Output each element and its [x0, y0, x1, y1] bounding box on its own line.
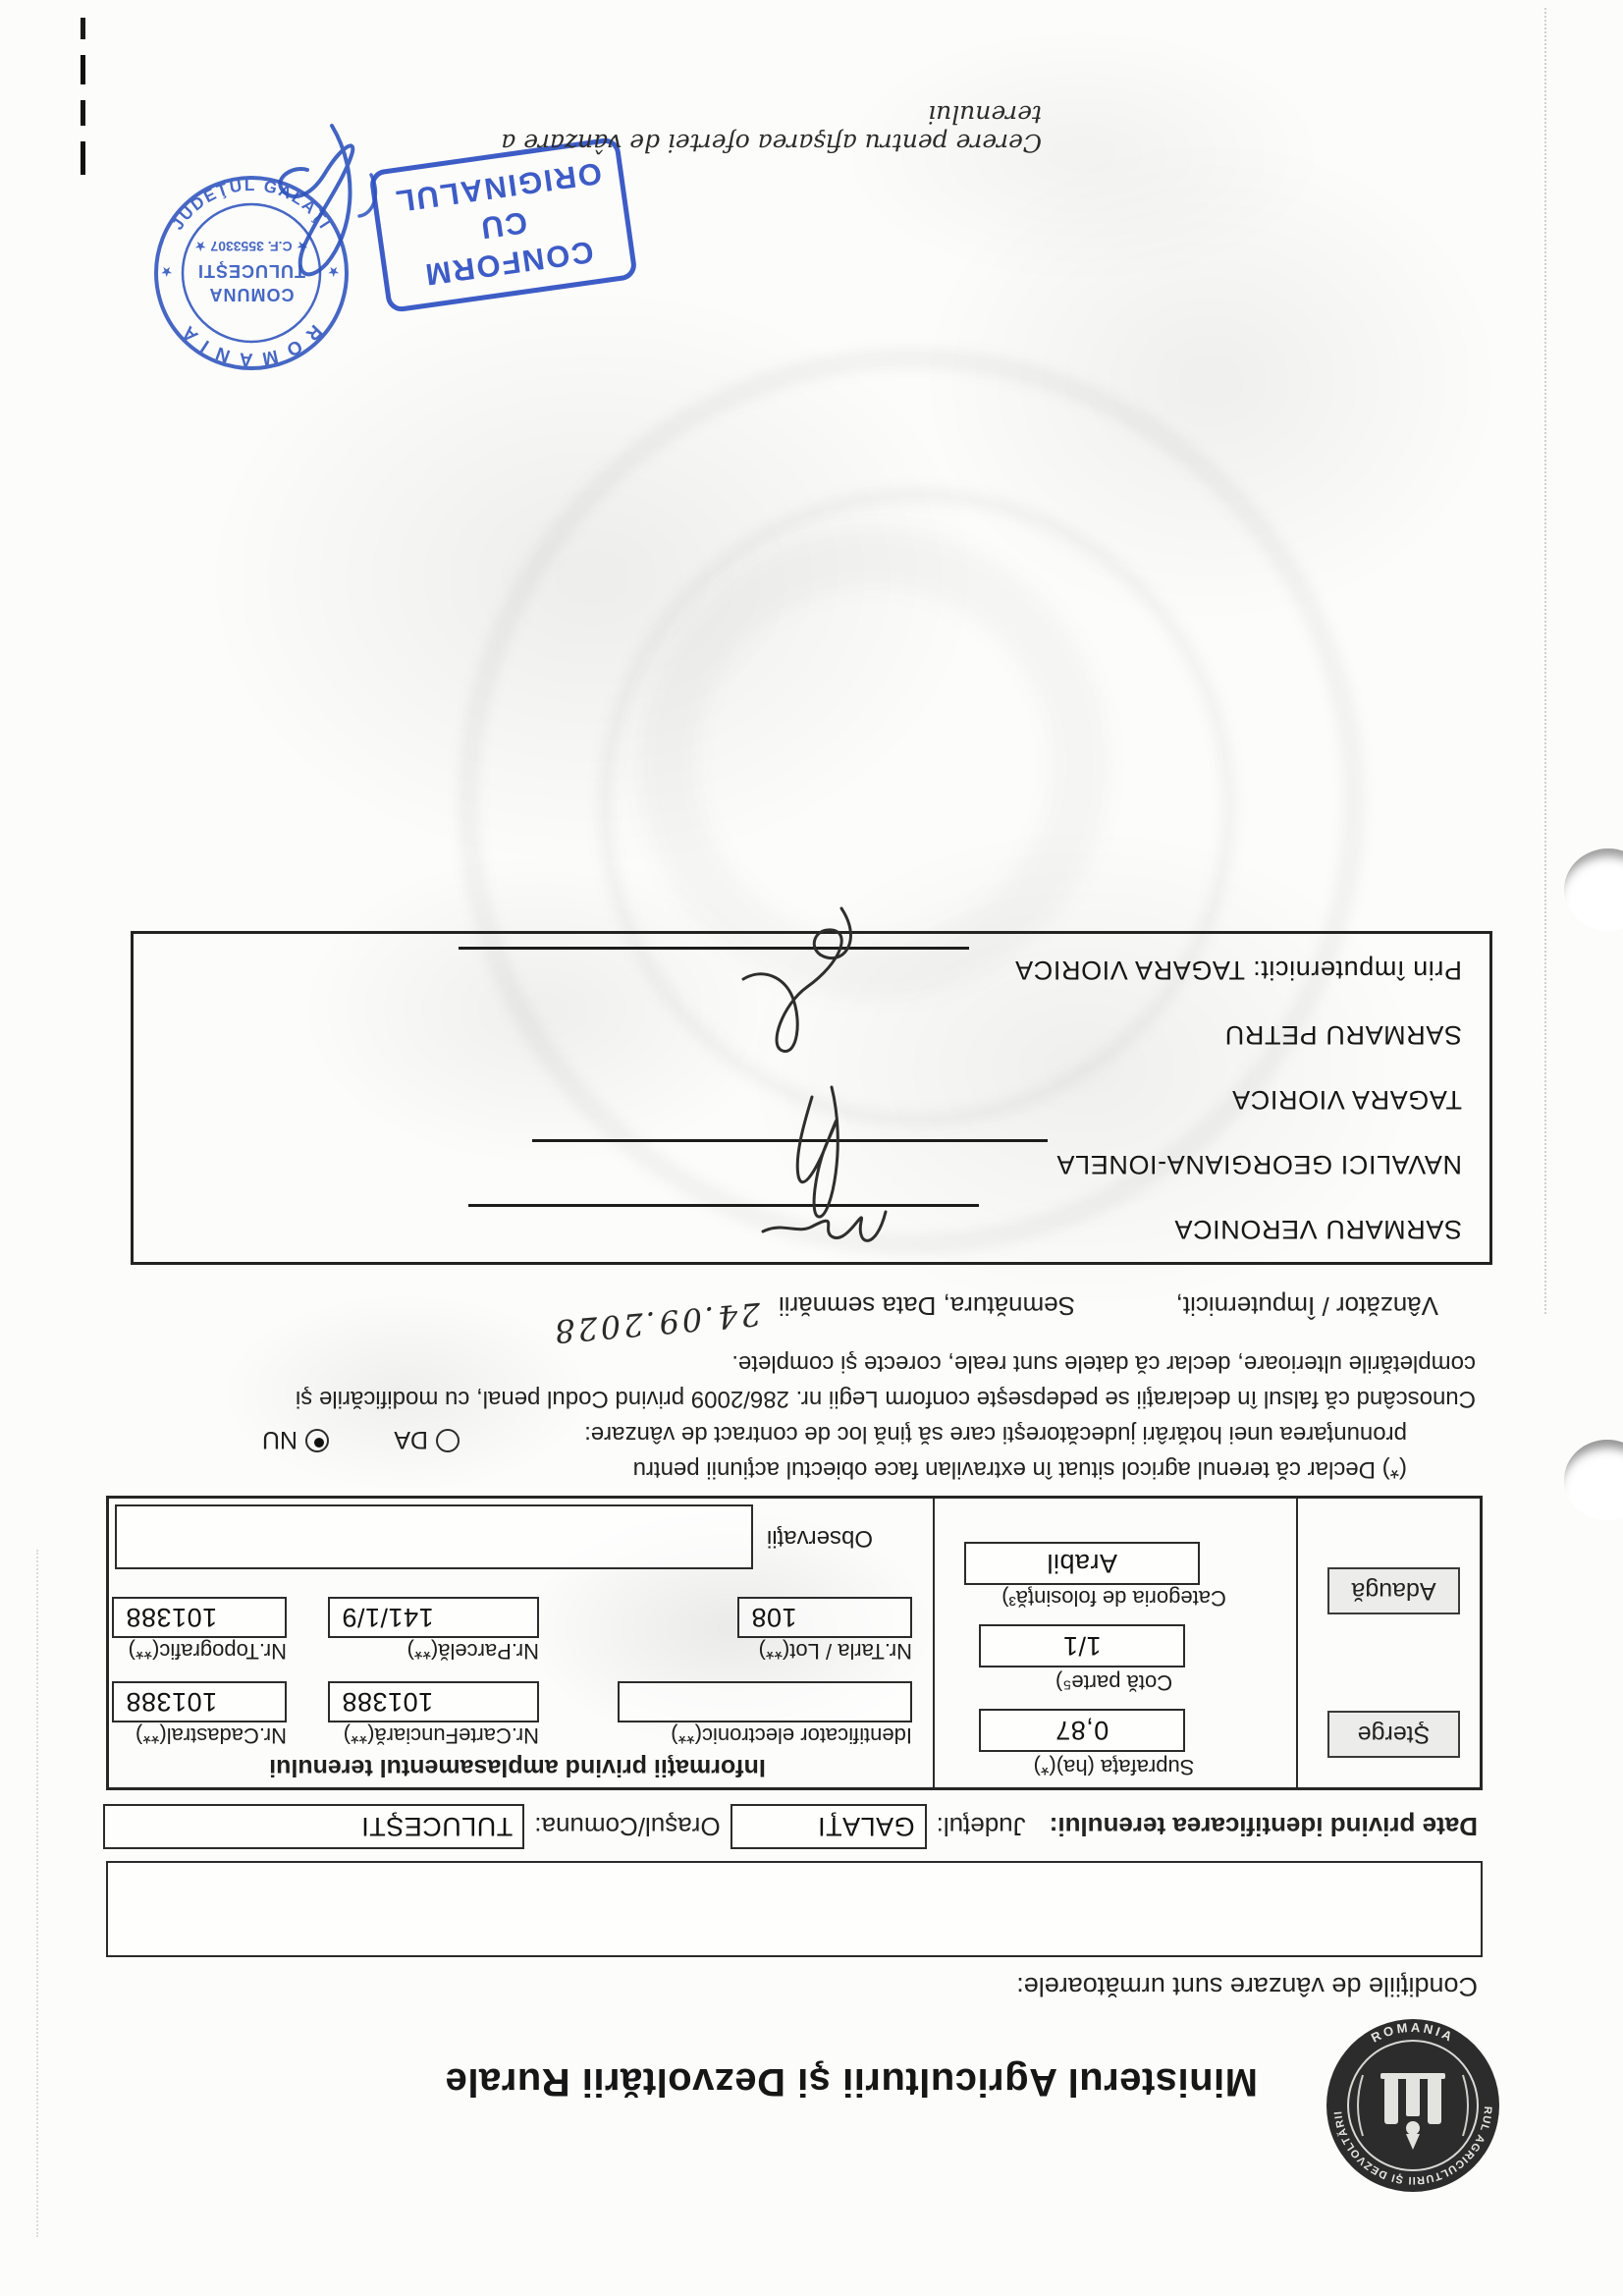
judet-label: Judeţul: — [937, 1812, 1026, 1842]
add-row-button: Adaugă — [1327, 1567, 1460, 1614]
conditions-label: Condiţiile de vânzare sunt următoarele: — [1016, 1971, 1478, 2001]
cota-label: Cotă parte⁵) — [940, 1669, 1288, 1695]
document-sheet: MINISTERUL AGRICULTURII ŞI DEZVOLTĂRII R… — [0, 0, 1623, 2296]
table-divider — [1296, 1499, 1298, 1787]
cadastral-label: Nr.Cadastral(**) — [135, 1722, 287, 1748]
scan-edge-line — [1544, 8, 1546, 1314]
parcela-field: 141/1/9 — [328, 1597, 539, 1638]
land-id-label: Date privind identificarea terenului: — [1050, 1812, 1478, 1842]
radio-nu-option: NU — [262, 1425, 329, 1453]
suprafata-label: Suprafaţa (ha)(*) — [940, 1754, 1288, 1779]
carte-funciara-label: Nr.CarteFunciară(**) — [344, 1722, 539, 1748]
categoria-field: Arabil — [964, 1542, 1200, 1585]
judet-field: GALAŢI — [730, 1804, 927, 1849]
signers-box: SARMARU VERONICA NAVALICI GEORGIANA-IONE… — [131, 931, 1492, 1265]
oath-line2: completările ulterioare, declar că datel… — [731, 1349, 1476, 1377]
radio-da-label: DA — [394, 1426, 428, 1453]
amplasament-header: Informaţii privind amplasamentul terenul… — [110, 1753, 925, 1781]
oras-field: TULUCEŞTI — [103, 1804, 524, 1849]
ministry-seal-logo: MINISTERUL AGRICULTURII ŞI DEZVOLTĂRII R… — [1324, 2016, 1502, 2195]
oras-label: Oraşul/Comuna: — [534, 1812, 720, 1842]
scan-artifact-dash — [81, 100, 85, 126]
carte-funciara-field: 101388 — [328, 1681, 539, 1722]
declaration-line2: pronunţarea unei hotărâri judecătoreşti … — [584, 1420, 1407, 1448]
handwritten-date: 24.09.2028 — [551, 1295, 763, 1350]
scan-noise — [916, 136, 1505, 627]
parcela-label: Nr.Parcelă(**) — [407, 1638, 539, 1664]
observatii-field — [115, 1504, 753, 1569]
table-divider — [933, 1499, 935, 1787]
punch-hole-mark — [1564, 848, 1623, 931]
stamp-top-arc-text: R O M A N I A — [177, 320, 325, 369]
punch-hole-mark — [1564, 1440, 1623, 1520]
signer-name: Prin împuternicit: TAGARA VIORICA — [1015, 955, 1462, 985]
vanzator-label: Vânzător / Împuternicit, — [1176, 1290, 1438, 1321]
signer-name: SARMARU PETRU — [1224, 1019, 1462, 1050]
stamp-side-star-right: ★ — [160, 264, 173, 280]
page-title: Ministerul Agriculturii şi Dezvoltării R… — [296, 2059, 1258, 2104]
radio-nu-icon — [305, 1429, 329, 1452]
signature-line — [468, 1204, 979, 1207]
delete-row-button: Şterge — [1327, 1711, 1460, 1758]
tarla-field: 108 — [737, 1597, 912, 1638]
radio-da-icon — [436, 1429, 460, 1452]
scan-artifact-dash — [81, 18, 85, 39]
topografic-field: 101388 — [112, 1597, 287, 1638]
svg-text:R O M A N I A: R O M A N I A — [177, 320, 325, 369]
observatii-label: Observaţii — [767, 1524, 873, 1552]
signer-name: SARMARU VERONICA — [1174, 1214, 1462, 1244]
scan-edge-line — [36, 1550, 38, 2237]
declaration-line1: (*) Declar că terenul agricol situat în … — [633, 1455, 1407, 1483]
parcel-table: Şterge Adaugă Suprafaţa (ha)(*) 0,87 Cot… — [106, 1496, 1483, 1790]
scanned-page: MINISTERUL AGRICULTURII ŞI DEZVOLTĂRII R… — [0, 0, 1623, 2296]
semnatura-label: Semnătura, Data semnării — [779, 1290, 1075, 1321]
topografic-label: Nr.Topografic(**) — [129, 1638, 287, 1664]
radio-nu-label: NU — [262, 1426, 298, 1453]
cadastral-field: 101388 — [112, 1681, 287, 1722]
signer-name: NAVALICI GEORGIANA-IONELA — [1056, 1149, 1462, 1179]
signer-name: TAGARA VIORICA — [1232, 1084, 1462, 1115]
cota-field: 1/1 — [979, 1624, 1185, 1667]
scan-artifact-dash — [81, 55, 85, 84]
footer-note: Cerere pentru afişarea ofertei de vânzar… — [492, 100, 1042, 157]
oath-line1: Cunoscând că falsul în declaraţii se ped… — [296, 1385, 1476, 1412]
categoria-label: Categoria de folosinţă³) — [940, 1585, 1288, 1611]
identificator-field — [618, 1681, 912, 1722]
radio-da-option: DA — [394, 1425, 460, 1453]
identificator-label: Identificator electronic(**) — [671, 1722, 912, 1748]
scan-artifact-dash — [81, 141, 85, 175]
signature-squiggle — [763, 1077, 900, 1234]
land-id-row: Date privind identificarea terenului: Ju… — [103, 1804, 1478, 1849]
suprafata-field: 0,87 — [979, 1709, 1185, 1752]
tarla-label: Nr.Tarla / Lot(**) — [759, 1638, 913, 1664]
conditions-box — [106, 1861, 1483, 1957]
signature-squiggle — [704, 899, 900, 1066]
